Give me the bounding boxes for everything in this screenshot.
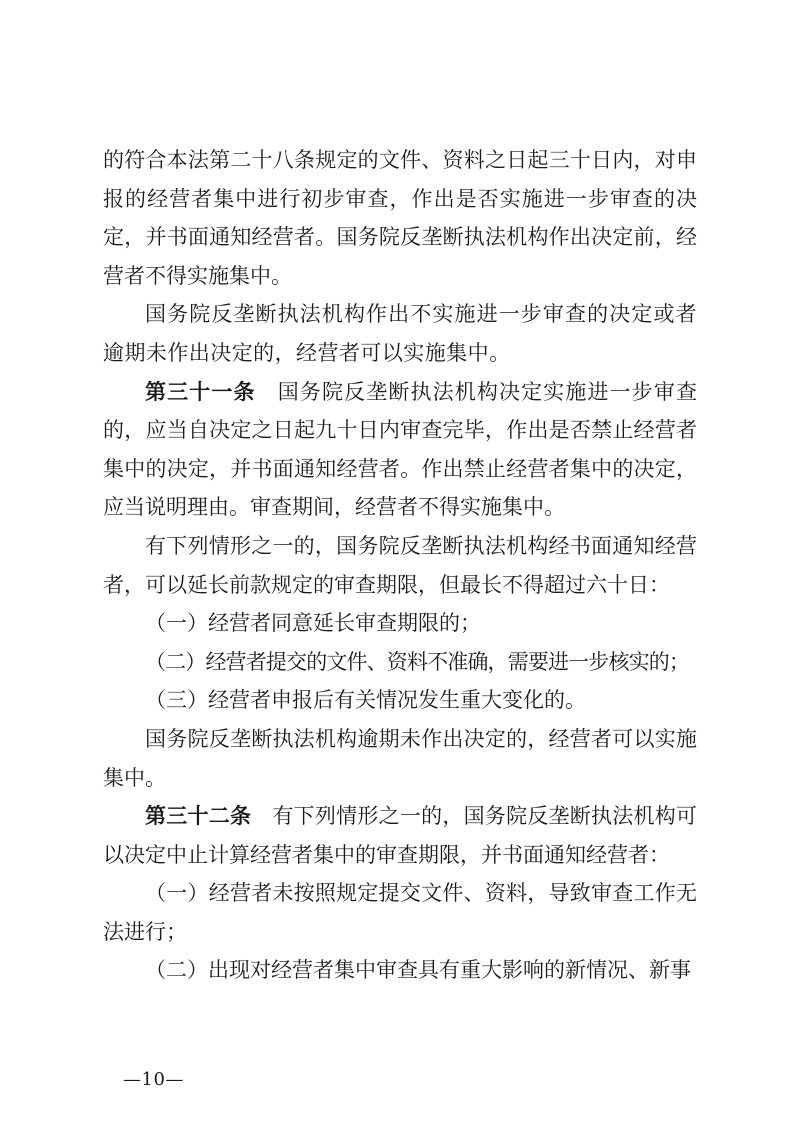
document-page: 的符合本法第二十八条规定的文件、资料之日起三十日内，对申报的经营者集中进行初步审… [0, 0, 794, 1123]
article-31-number: 第三十一条 [145, 380, 256, 404]
document-body: 的符合本法第二十八条规定的文件、资料之日起三十日内，对申报的经营者集中进行初步审… [103, 141, 697, 990]
paragraph-9-article-32: 第三十二条 有下列情形之一的，国务院反垄断执法机构可以决定中止计算经营者集中的审… [103, 797, 697, 874]
paragraph-5-item-1: （一）经营者同意延长审查期限的； [103, 604, 697, 643]
paragraph-11-item-2: （二）出现对经营者集中审查具有重大影响的新情况、新事 [103, 951, 697, 990]
article-32-number: 第三十二条 [145, 804, 251, 828]
paragraph-3-article-31: 第三十一条 国务院反垄断执法机构决定实施进一步审查的，应当自决定之日起九十日内审… [103, 373, 697, 527]
paragraph-10-item-1: （一）经营者未按照规定提交文件、资料，导致审查工作无法进行； [103, 874, 697, 951]
paragraph-2: 国务院反垄断执法机构作出不实施进一步审查的决定或者逾期未作出决定的，经营者可以实… [103, 295, 697, 372]
page-number: —10— [123, 1068, 184, 1092]
paragraph-4: 有下列情形之一的，国务院反垄断执法机构经书面通知经营者，可以延长前款规定的审查期… [103, 527, 697, 604]
paragraph-8: 国务院反垄断执法机构逾期未作出决定的，经营者可以实施集中。 [103, 720, 697, 797]
paragraph-6-item-2: （二）经营者提交的文件、资料不准确，需要进一步核实的； [103, 643, 697, 682]
paragraph-7-item-3: （三）经营者申报后有关情况发生重大变化的。 [103, 681, 697, 720]
paragraph-1: 的符合本法第二十八条规定的文件、资料之日起三十日内，对申报的经营者集中进行初步审… [103, 141, 697, 295]
